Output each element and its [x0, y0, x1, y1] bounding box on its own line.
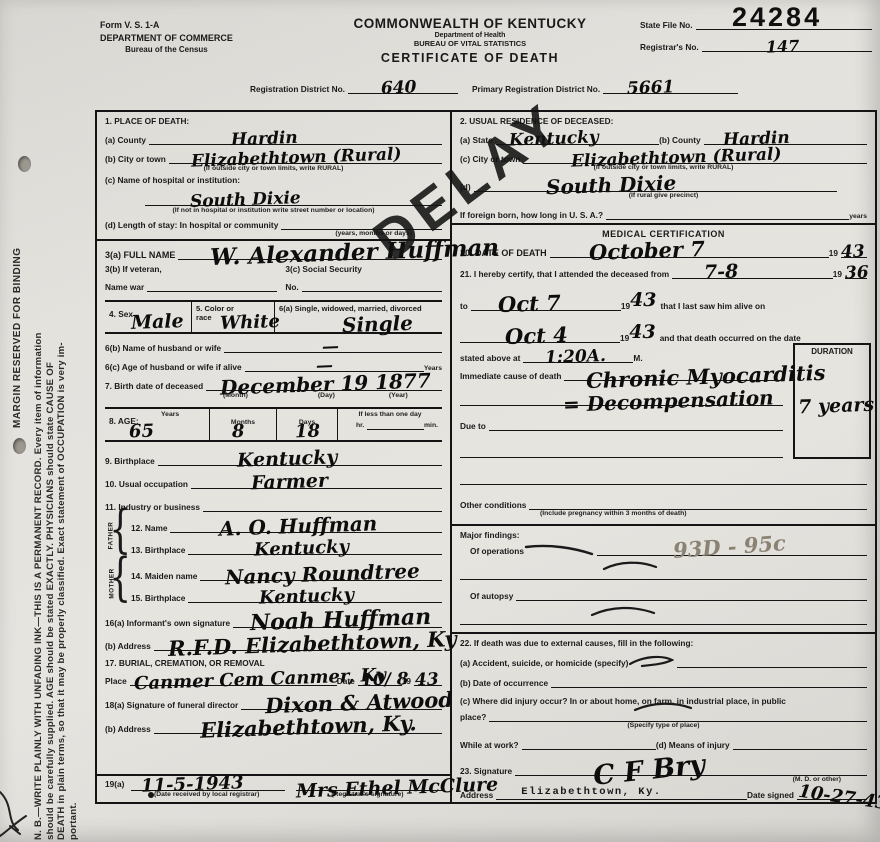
physician-address-value: Elizabethtown, Ky.: [521, 786, 661, 798]
pen-stroke-icon: [590, 604, 656, 618]
age-min-label: min.: [424, 422, 438, 430]
registration-district-line: 640: [348, 82, 458, 94]
father-birthplace-line: Kentucky: [188, 543, 442, 555]
dod-value: October 7: [588, 238, 704, 263]
last-line: Oct 4: [460, 331, 620, 343]
marital-cell: 6(a) Single, widowed, married, divorced …: [275, 302, 442, 332]
time-line: 1:20A.: [523, 351, 633, 363]
spouse-value: —: [322, 339, 340, 357]
date-signed-value: 10-27-43: [798, 783, 880, 813]
time-value: 1:20A.: [545, 348, 606, 367]
foreign-born-line: [606, 208, 849, 220]
registration-district-value: 640: [381, 79, 417, 97]
burial-date-line: 10/ 8: [358, 674, 402, 686]
personal-section: 3(a) FULL NAME W. Alexander Huffman 3(b)…: [97, 241, 450, 736]
cause-line2: = Decompensation: [460, 394, 783, 406]
department-of-commerce: DEPARTMENT OF COMMERCE: [100, 33, 233, 43]
pen-stroke-icon: [628, 654, 674, 668]
mother-birthplace-label: 15. Birthplace: [131, 593, 185, 603]
while-at-work-line: [522, 738, 656, 750]
marital-value: Single: [341, 313, 413, 335]
stay-note: (years, months or days): [105, 230, 412, 237]
place-of-death-heading: 1. PLACE OF DEATH:: [105, 116, 442, 126]
registrar-no-line: 147: [702, 40, 872, 52]
dod-year-line: 43: [841, 246, 867, 258]
other-conditions-note: (Include pregnancy within 3 months of de…: [540, 510, 867, 517]
last-value: Oct 4: [504, 324, 567, 347]
veteran-line-label: Name war: [105, 282, 144, 292]
external-a-line: [677, 656, 867, 668]
burial-place-line: Canmer Cem Canmer, Ky: [130, 674, 337, 686]
binding-margin-label: MARGIN RESERVED FOR BINDING: [12, 247, 23, 428]
ssn-line-label: No.: [285, 282, 298, 292]
burial-heading: 17. BURIAL, CREMATION, OR REMOVAL: [105, 658, 442, 668]
certificate-form: 1. PLACE OF DEATH: (a) County Hardin (b)…: [95, 110, 877, 804]
divider: [452, 632, 875, 634]
external-c-label2: place?: [460, 712, 486, 722]
external-c-line: [489, 710, 867, 722]
handwritten-mark: [0, 786, 40, 838]
occupation-label: 10. Usual occupation: [105, 479, 188, 489]
filed-date-line: 11-5-1943: [131, 779, 285, 791]
burial-place-label: Place: [105, 676, 127, 686]
informant-address-line: R.F.D. Elizabethtown, Ky: [154, 639, 442, 651]
external-b-label: (b) Date of occurrence: [460, 678, 548, 688]
age-years-value: 65: [129, 423, 155, 442]
age-years-cell: 8. AGE: Years 65: [105, 409, 210, 440]
age-days-cell: Days 18: [277, 409, 338, 440]
autopsy-label: Of autopsy: [470, 591, 513, 601]
informant-address-value: R.F.D. Elizabethtown, Ky: [168, 628, 457, 659]
cause-line1: Chronic Myocarditis: [564, 369, 783, 381]
foreign-born-label: If foreign born, how long in U. S. A.?: [460, 210, 603, 220]
age-row: 8. AGE: Years 65 Months 8 Days 18 If les…: [105, 407, 442, 442]
blank-line: [460, 446, 783, 458]
stay-label: (d) Length of stay: In hospital or commu…: [105, 220, 278, 230]
date-signed-line: 10-27-43: [797, 788, 867, 800]
m-label: M.: [633, 353, 642, 363]
from-year-prefix: 19: [833, 269, 842, 279]
external-c-note: (Specify type of place): [460, 722, 867, 729]
mother-group: MOTHER{ 14. Maiden name Nancy Roundtree …: [105, 562, 442, 608]
occupation-line: Farmer: [191, 477, 442, 489]
age-hr-line: [367, 422, 424, 430]
fullname-label: 3(a) FULL NAME: [105, 250, 175, 260]
divider: [452, 524, 875, 526]
registrar-no-label: Registrar's No.: [640, 42, 699, 52]
registrar-row: 19(a) 11-5-1943 (Date received by local …: [97, 774, 450, 802]
while-at-work-label: While at work?: [460, 740, 519, 750]
age-less-label: If less than one day: [342, 411, 438, 418]
spouse-label: 6(b) Name of husband or wife: [105, 343, 221, 353]
margin-note-line3: DEATH in plain terms, so that it may be …: [56, 332, 68, 840]
sex-value: Male: [131, 312, 184, 333]
registration-district-label: Registration District No.: [250, 84, 345, 94]
department-of-health: Department of Health: [325, 32, 615, 39]
birthdate-label: 7. Birth date of deceased: [105, 381, 203, 391]
cause-value2: = Decompensation: [563, 387, 774, 414]
father-birthplace-label: 13. Birthplace: [131, 545, 185, 555]
director-address-value: Elizabethtown, Ky.: [200, 712, 417, 741]
bureau-of-census: Bureau of the Census: [100, 45, 233, 54]
burial-date-value: 10/ 8: [361, 671, 409, 690]
means-of-injury-line: [733, 738, 867, 750]
primary-district-line: 5661: [603, 82, 737, 94]
dod-year-prefix: 19: [829, 248, 838, 258]
brace-glyph: {: [109, 548, 131, 608]
from-year-line: 36: [845, 267, 867, 279]
filed-date-value: 11-5-1943: [140, 774, 243, 796]
physician-signature-line: C F Bry: [515, 764, 867, 776]
pen-stroke-icon: [633, 700, 693, 714]
age-months-value: 8: [232, 423, 245, 441]
sex-label: 4. Sex: [109, 309, 133, 319]
duration-label: DURATION: [811, 347, 853, 356]
commonwealth-title: COMMONWEALTH OF KENTUCKY: [325, 16, 615, 31]
to-label: to: [460, 301, 468, 311]
mother-birthplace-line: Kentucky: [188, 591, 442, 603]
physician-address-line: Elizabethtown, Ky.: [496, 788, 747, 800]
informant-address-label: (b) Address: [105, 641, 151, 651]
last-year-value: 43: [629, 321, 655, 343]
age-months-cell: Months 8: [210, 409, 277, 440]
state-file-line: [696, 18, 872, 30]
birthplace-value: Kentucky: [237, 448, 338, 470]
mother-birthplace-value: Kentucky: [259, 586, 355, 607]
age-hr-label: hr.: [356, 422, 364, 430]
primary-district-value: 5661: [627, 79, 675, 98]
dod-line: October 7: [550, 246, 829, 258]
from-year-value: 36: [845, 265, 869, 283]
father-group: FATHER{ 12. Name A. O. Huffman 13. Birth…: [105, 514, 442, 560]
county-label: (a) County: [105, 135, 146, 145]
file-number-block: 24284 State File No. Registrar's No. 147: [640, 18, 872, 52]
to-year-value: 43: [630, 289, 656, 311]
external-heading: 22. If death was due to external causes,…: [460, 638, 867, 648]
dod-year-value: 43: [841, 244, 865, 262]
birthdate-line: December 19 1877: [206, 379, 442, 391]
mother-maiden-value: Nancy Roundtree: [224, 561, 419, 588]
residence-county-label: (b) County: [659, 135, 700, 145]
hospital-value: South Dixie: [189, 190, 300, 211]
spouse-line: —: [224, 341, 442, 353]
certificate-title: CERTIFICATE OF DEATH: [325, 51, 615, 65]
right-column: 2. USUAL RESIDENCE OF DECEASED: (a) Stat…: [452, 112, 875, 802]
blank-line: [460, 473, 867, 485]
filed-label: 19(a): [105, 779, 124, 798]
last-year-prefix: 19: [620, 333, 629, 343]
due-to-line: [489, 419, 783, 431]
director-line: Dixon & Atwood: [241, 698, 442, 710]
father-name-value: A. O. Huffman: [219, 513, 378, 539]
pen-stroke-icon: [524, 544, 594, 556]
issuing-agency-block: Form V. S. 1-A DEPARTMENT OF COMMERCE Bu…: [100, 20, 233, 54]
veteran-line: [147, 280, 277, 292]
bureau-of-vital-statistics: BUREAU OF VITAL STATISTICS: [325, 39, 615, 48]
race-value: White: [220, 313, 280, 333]
sex-race-marital-row: 4. Sex Male 5. Color or race White 6(a) …: [105, 300, 442, 334]
age-less-cell: If less than one day hr.min.: [338, 409, 442, 440]
residence-county-line: Hardin: [704, 133, 867, 145]
age-years-label: Years: [161, 411, 179, 418]
last-saw-label: that I last saw him alive on: [661, 301, 766, 311]
duration-value: 7 years: [798, 396, 876, 463]
director-address-label: (b) Address: [105, 724, 151, 734]
registrar-signature-line: Mrs Ethel McClure: [296, 779, 442, 791]
occurred-label: and that death occurred on the date: [660, 333, 801, 343]
operations-pencil-note: 93D - 95c: [672, 532, 786, 561]
operations-label: Of operations: [470, 546, 524, 556]
ssn-line: [302, 280, 442, 292]
means-of-injury-label: (d) Means of injury: [656, 740, 730, 750]
date-signed-label: Date signed: [747, 790, 794, 800]
certify-label: 21. I hereby certify, that I attended th…: [460, 269, 669, 279]
title-block: COMMONWEALTH OF KENTUCKY Department of H…: [325, 16, 615, 65]
birthplace-line: Kentucky: [158, 454, 442, 466]
to-value: Oct 7: [497, 292, 560, 315]
age-days-value: 18: [295, 423, 321, 442]
industry-line: [203, 500, 442, 512]
certify-from-line: 7-8: [672, 267, 833, 279]
district-row: Registration District No. 640 Primary Re…: [250, 82, 872, 94]
external-b-line: [551, 676, 867, 688]
to-year-prefix: 19: [621, 301, 630, 311]
county-line: Hardin: [149, 133, 442, 145]
father-birthplace-value: Kentucky: [254, 538, 350, 559]
binding-hole-icon: [13, 438, 26, 454]
cause-label: Immediate cause of death: [460, 371, 561, 381]
blank-line: [460, 568, 867, 580]
binding-hole-icon: [18, 156, 31, 172]
certify-from-value: 7-8: [704, 262, 739, 282]
residence-city-line: Elizabethtown (Rural): [523, 152, 867, 164]
external-a-label: (a) Accident, suicide, or homicide (spec…: [460, 658, 628, 668]
spouse-age-label: 6(c) Age of husband or wife if alive: [105, 362, 242, 372]
margin-note: N. B.—WRITE PLAINLY WITH UNFADING INK—TH…: [33, 332, 79, 840]
other-conditions-line: [529, 498, 867, 510]
sex-cell: 4. Sex Male: [105, 302, 192, 332]
major-findings-label: Major findings:: [460, 530, 867, 540]
mother-maiden-label: 14. Maiden name: [131, 571, 197, 581]
medical-section: MEDICAL CERTIFICATION 20. DATE OF DEATH …: [452, 225, 875, 802]
occupation-value: Farmer: [251, 472, 329, 494]
father-name-label: 12. Name: [131, 523, 167, 533]
director-label: 18(a) Signature of funeral director: [105, 700, 238, 710]
mother-maiden-line: Nancy Roundtree: [200, 569, 442, 581]
other-conditions-label: Other conditions: [460, 500, 526, 510]
birthplace-label: 9. Birthplace: [105, 456, 155, 466]
residence-precinct-line: South Dixie: [474, 180, 837, 192]
burial-year-line: 43: [414, 674, 442, 686]
hospital-label: (c) Name of hospital or institution:: [105, 175, 240, 185]
foreign-born-unit: years: [849, 213, 867, 220]
form-number: Form V. S. 1-A: [100, 20, 233, 30]
state-file-label: State File No.: [640, 20, 693, 30]
to-line: Oct 7: [471, 299, 621, 311]
race-cell: 5. Color or race White: [192, 302, 275, 332]
death-certificate-scan: N. B.—WRITE PLAINLY WITH UNFADING INK—TH…: [0, 0, 880, 842]
margin-note-line1: N. B.—WRITE PLAINLY WITH UNFADING INK—TH…: [33, 332, 45, 840]
due-to-label: Due to: [460, 421, 486, 431]
informant-signature-label: 16(a) Informant's own signature: [105, 618, 230, 628]
informant-signature-line: Noah Huffman: [233, 616, 442, 628]
father-name-line: A. O. Huffman: [170, 521, 442, 533]
margin-note-line4: portant.: [68, 332, 80, 840]
margin-note-line2: should be carefully supplied. AGE should…: [45, 332, 57, 840]
city-line: Elizabethtown (Rural): [169, 152, 442, 164]
physician-signature-value: C F Bry: [591, 751, 705, 790]
residence-precinct-value: South Dixie: [546, 173, 677, 198]
autopsy-line: [516, 589, 867, 601]
registrar-no-value: 147: [766, 38, 800, 55]
city-label: (b) City or town: [105, 154, 166, 164]
stated-label: stated above at: [460, 353, 520, 363]
director-address-line: Elizabethtown, Ky.: [154, 722, 442, 734]
pen-stroke-icon: [602, 560, 658, 572]
blank-line: [460, 613, 867, 625]
county-value: Hardin: [231, 130, 298, 149]
operations-line: 93D - 95c: [597, 544, 867, 556]
